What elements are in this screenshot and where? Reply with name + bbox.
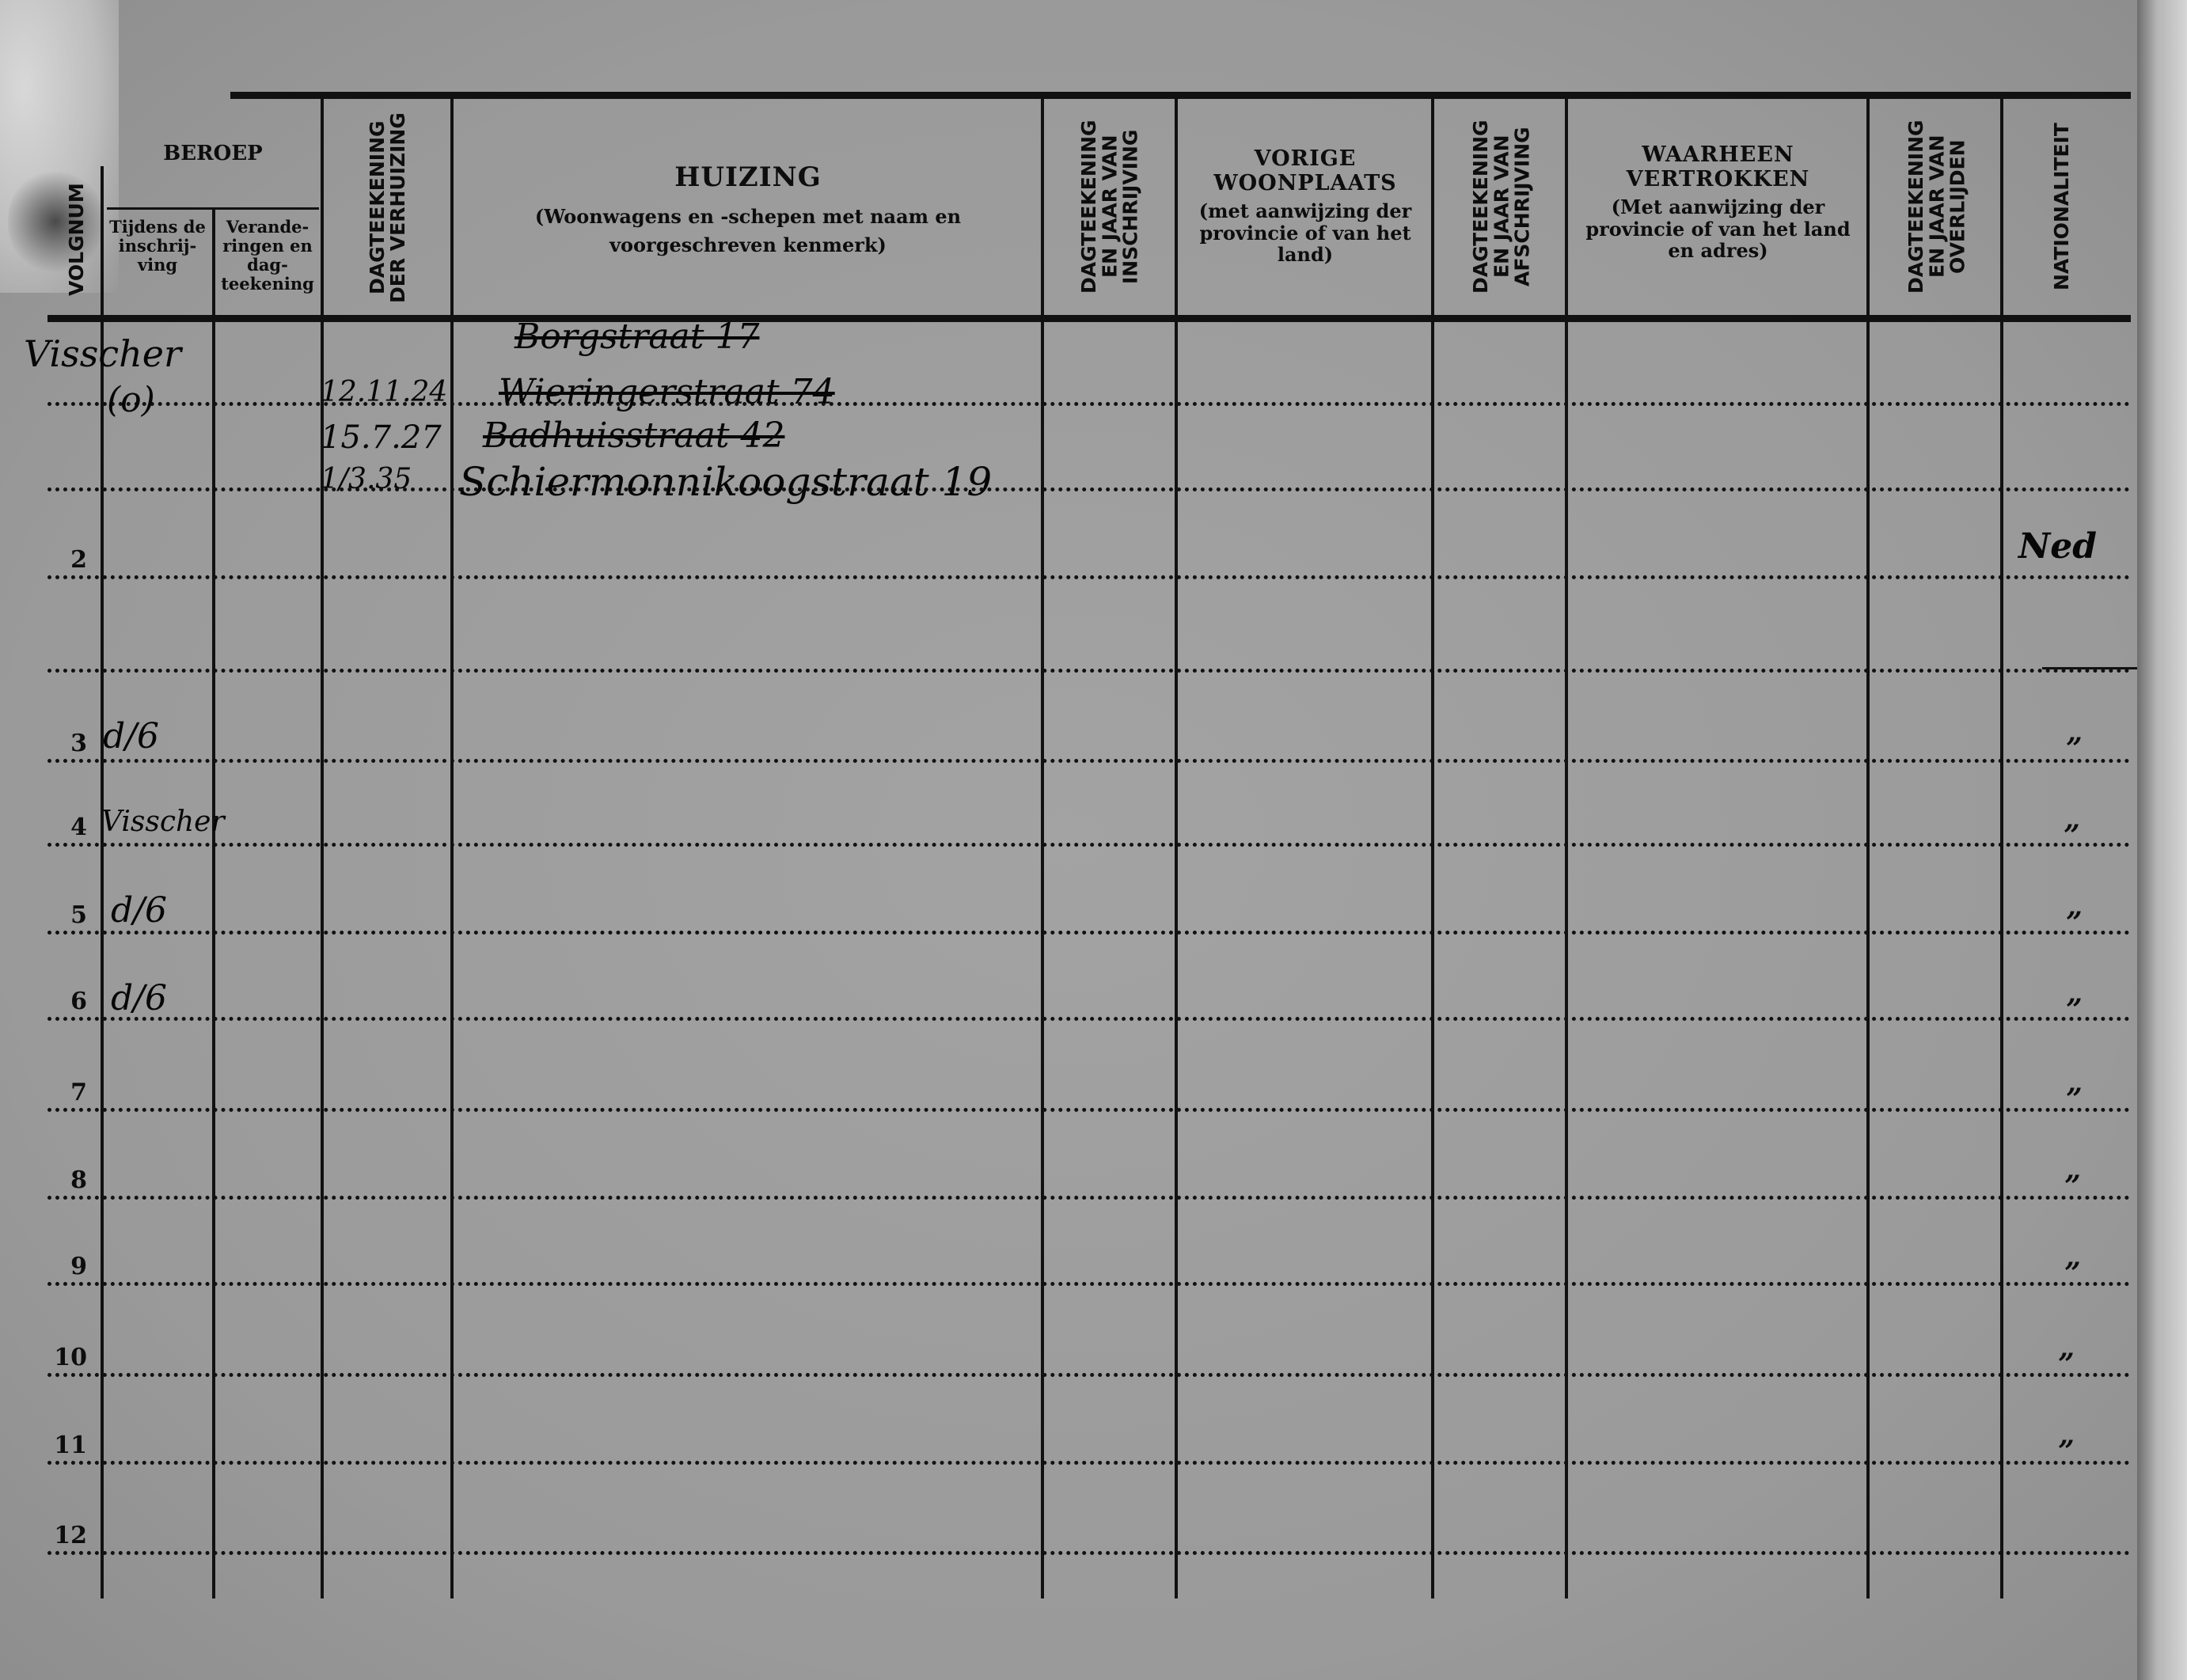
header-huizing: HUIZING (Woonwagens en -schepen met naam…	[455, 162, 1041, 260]
verhuizing-date: 1/3.35	[321, 463, 412, 495]
header-bottom-rule	[47, 315, 2131, 322]
header-beroep-veranderingen: Verande- ringen en dag- teekening	[217, 218, 318, 294]
header-beroep: BEROEP	[107, 142, 319, 166]
header-beroep-tijdens: Tijdens de inschrij- ving	[107, 218, 208, 275]
ditto-mark: ”	[2066, 993, 2083, 1026]
row-line	[47, 843, 2131, 847]
verhuizing-date: 12.11.24	[321, 376, 447, 408]
col-line	[101, 166, 104, 1598]
row-number: 5	[47, 901, 87, 929]
row-number: 10	[47, 1344, 87, 1371]
row4-beroep: Visscher	[101, 806, 225, 838]
row-number: 6	[47, 988, 87, 1015]
waarheen-title: WAARHEEN VERTROKKEN	[1570, 142, 1866, 192]
verhuizing-date: 15.7.27	[321, 419, 442, 456]
row-number: 8	[47, 1166, 87, 1194]
header-volgnum: VOLGNUM	[57, 166, 97, 313]
huizing-title: HUIZING	[455, 162, 1041, 193]
address-entry: Borgstraat 17	[514, 317, 759, 357]
row3-beroep: d/6	[103, 716, 159, 757]
row-line	[47, 931, 2131, 935]
header-nationaliteit: NATIONALITEIT	[2038, 103, 2086, 310]
nationaliteit-dash	[2042, 667, 2137, 669]
header-dagteekening-verhuizing: DAGTEEKENING DER VERHUIZING	[336, 107, 439, 309]
huizing-subtitle: (Woonwagens en -schepen met naam en voor…	[526, 203, 970, 260]
row-line	[47, 1461, 2131, 1465]
row-number: 2	[47, 546, 87, 574]
ditto-mark: ”	[2066, 1083, 2083, 1116]
row-number: 3	[47, 730, 87, 757]
row-number: 9	[47, 1253, 87, 1280]
vorige-title: VORIGE WOONPLAATS	[1179, 146, 1431, 195]
row5-beroep: d/6	[111, 890, 167, 931]
row-line	[47, 1282, 2131, 1286]
header-afschrijving: DAGTEEKENING EN JAAR VAN AFSCHRIJVING	[1445, 103, 1559, 310]
header-vorige-woonplaats: VORIGE WOONPLAATS (met aanwijzing der pr…	[1179, 146, 1431, 266]
row1-beroep-note: (o)	[107, 380, 155, 420]
ditto-mark: ”	[2058, 1435, 2075, 1468]
vorige-subtitle: (met aanwijzing der provincie of van het…	[1179, 200, 1431, 266]
row-line	[47, 1373, 2131, 1377]
header-top-rule	[230, 92, 2131, 99]
ditto-mark: ”	[2066, 906, 2083, 939]
ditto-mark: ”	[2064, 1170, 2081, 1203]
row-number: 7	[47, 1079, 87, 1106]
row-line	[47, 1551, 2131, 1555]
header-overlijden: DAGTEEKENING EN JAAR VAN OVERLIJDEN	[1880, 103, 1995, 310]
row-number: 4	[47, 813, 87, 841]
row1-beroep: Visscher	[24, 332, 181, 375]
row-line	[47, 1196, 2131, 1200]
ditto-mark: ”	[2064, 1257, 2081, 1290]
col-line	[212, 209, 215, 1598]
row-line	[47, 575, 2131, 579]
paper-edge	[2137, 0, 2187, 1680]
header-waarheen: WAARHEEN VERTROKKEN (Met aanwijzing der …	[1570, 142, 1866, 262]
row-line	[47, 1108, 2131, 1112]
row-line	[47, 759, 2131, 763]
address-entry: Schiermonnikoogstraat 19	[459, 459, 992, 505]
ditto-mark: ”	[2058, 1348, 2075, 1381]
row6-beroep: d/6	[111, 978, 167, 1018]
nationaliteit-row2: Ned	[2018, 526, 2097, 567]
row-line	[47, 1017, 2131, 1021]
ditto-mark: ”	[2064, 819, 2080, 852]
waarheen-subtitle: (Met aanwijzing der provincie of van het…	[1570, 196, 1866, 262]
address-entry: Wieringerstraat 74	[499, 372, 835, 412]
row-number: 12	[47, 1522, 87, 1549]
row-line	[47, 669, 2131, 673]
ditto-mark: ”	[2066, 732, 2083, 765]
row-number: 11	[47, 1432, 87, 1459]
address-entry: Badhuisstraat 42	[483, 415, 784, 456]
header-inschrijving: DAGTEEKENING EN JAAR VAN INSCHRIJVING	[1053, 103, 1168, 310]
